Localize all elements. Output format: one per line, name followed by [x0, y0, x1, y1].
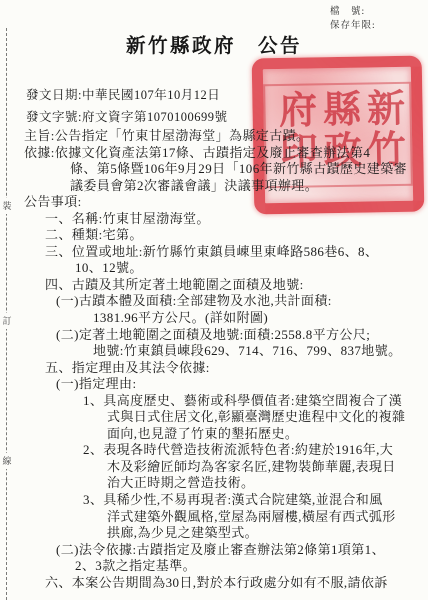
document-line: (二)法令依據:古蹟指定及廢止審查辦法第2條第1項第1、 [0, 542, 426, 559]
document-line: 條、第5條暨106年9月29日「106年新竹縣古蹟歷史建築審 [0, 161, 426, 178]
document-line: 四、古蹟及其所定著土地範圍之面積及地號: [0, 277, 426, 294]
document-line: 2、3款之指定基準。 [0, 558, 426, 575]
document-line: (二)定著土地範圍之面積及地號:面積:2558.8平方公尺; [0, 327, 426, 344]
document-line: 二、種類:宅第。 [0, 227, 426, 244]
page-title: 新竹縣政府 公告 [0, 30, 428, 58]
issue-number-line: 發文字號:府文資字第1070100699號 [26, 106, 227, 128]
document-line: 2、表現各時代營造技術流派特色者:約建於1916年,大 [0, 442, 426, 459]
document-line: 五、指定理由及其法令依據: [0, 360, 426, 377]
document-line: 公告事項: [0, 194, 426, 211]
file-number-label: 檔 號: [330, 6, 376, 20]
document-line: 木及彩繪匠師均為客家名匠,建物裝飾華麗,表現日 [0, 459, 426, 476]
document-line: 議委員會第2次審議會議」決議事項辦理。 [0, 178, 426, 195]
document-line: 依據:依據文化資產法第17條、古蹟指定及廢止審查辦法第4 [0, 145, 426, 162]
document-line: 式與日式住居文化,彰顯臺灣歷史進程中文化的複雜 [0, 409, 426, 426]
document-info: 發文日期:中華民國107年10月12日 發文字號:府文資字第1070100699… [26, 84, 227, 128]
file-reference-block: 檔 號: 保存年限: [330, 6, 376, 33]
document-line: 六、本案公告期間為30日,對於本行政處分如有不服,請依訴 [0, 575, 426, 592]
document-line: (一)指定理由: [0, 376, 426, 393]
document-line: 10、12號。 [0, 260, 426, 277]
document-line: 洋式建築外觀風格,堂屋為兩層樓,橫屋有西式弧形 [0, 509, 426, 526]
document-line: (一)古蹟本體及面積:全部建物及水池,共計面積: [0, 293, 426, 310]
document-line: 1、具高度歷史、藝術或科學價值者:建築空間複合了漢 [0, 393, 426, 410]
announcement-document: 裝 訂 線 檔 號: 保存年限: 新竹縣政府 公告 新竹縣政府印 發文日期:中華… [0, 0, 428, 600]
document-line: 地號:竹東鎮員崠段629、714、716、799、837地號。 [0, 343, 426, 360]
document-line: 面向,也見證了竹東的墾拓歷史。 [0, 426, 426, 443]
issue-date-line: 發文日期:中華民國107年10月12日 [26, 84, 227, 106]
document-line: 三、位置或地址:新竹縣竹東鎮員崠里東峰路586巷6、8、 [0, 244, 426, 261]
document-line: 3、具稀少性,不易再現者:漢式合院建築,並混合和風 [0, 492, 426, 509]
body-lines: 主旨:公告指定「竹東甘屋渤海堂」為縣定古蹟。依據:依據文化資產法第17條、古蹟指… [0, 128, 426, 591]
document-line: 一、名稱:竹東甘屋渤海堂。 [0, 211, 426, 228]
document-line: 1381.96平方公尺。(詳如附圖) [0, 310, 426, 327]
document-line: 拱廊,為少見之建築型式。 [0, 525, 426, 542]
document-line: 治大正時期之營造技術。 [0, 475, 426, 492]
document-line: 主旨:公告指定「竹東甘屋渤海堂」為縣定古蹟。 [0, 128, 426, 145]
